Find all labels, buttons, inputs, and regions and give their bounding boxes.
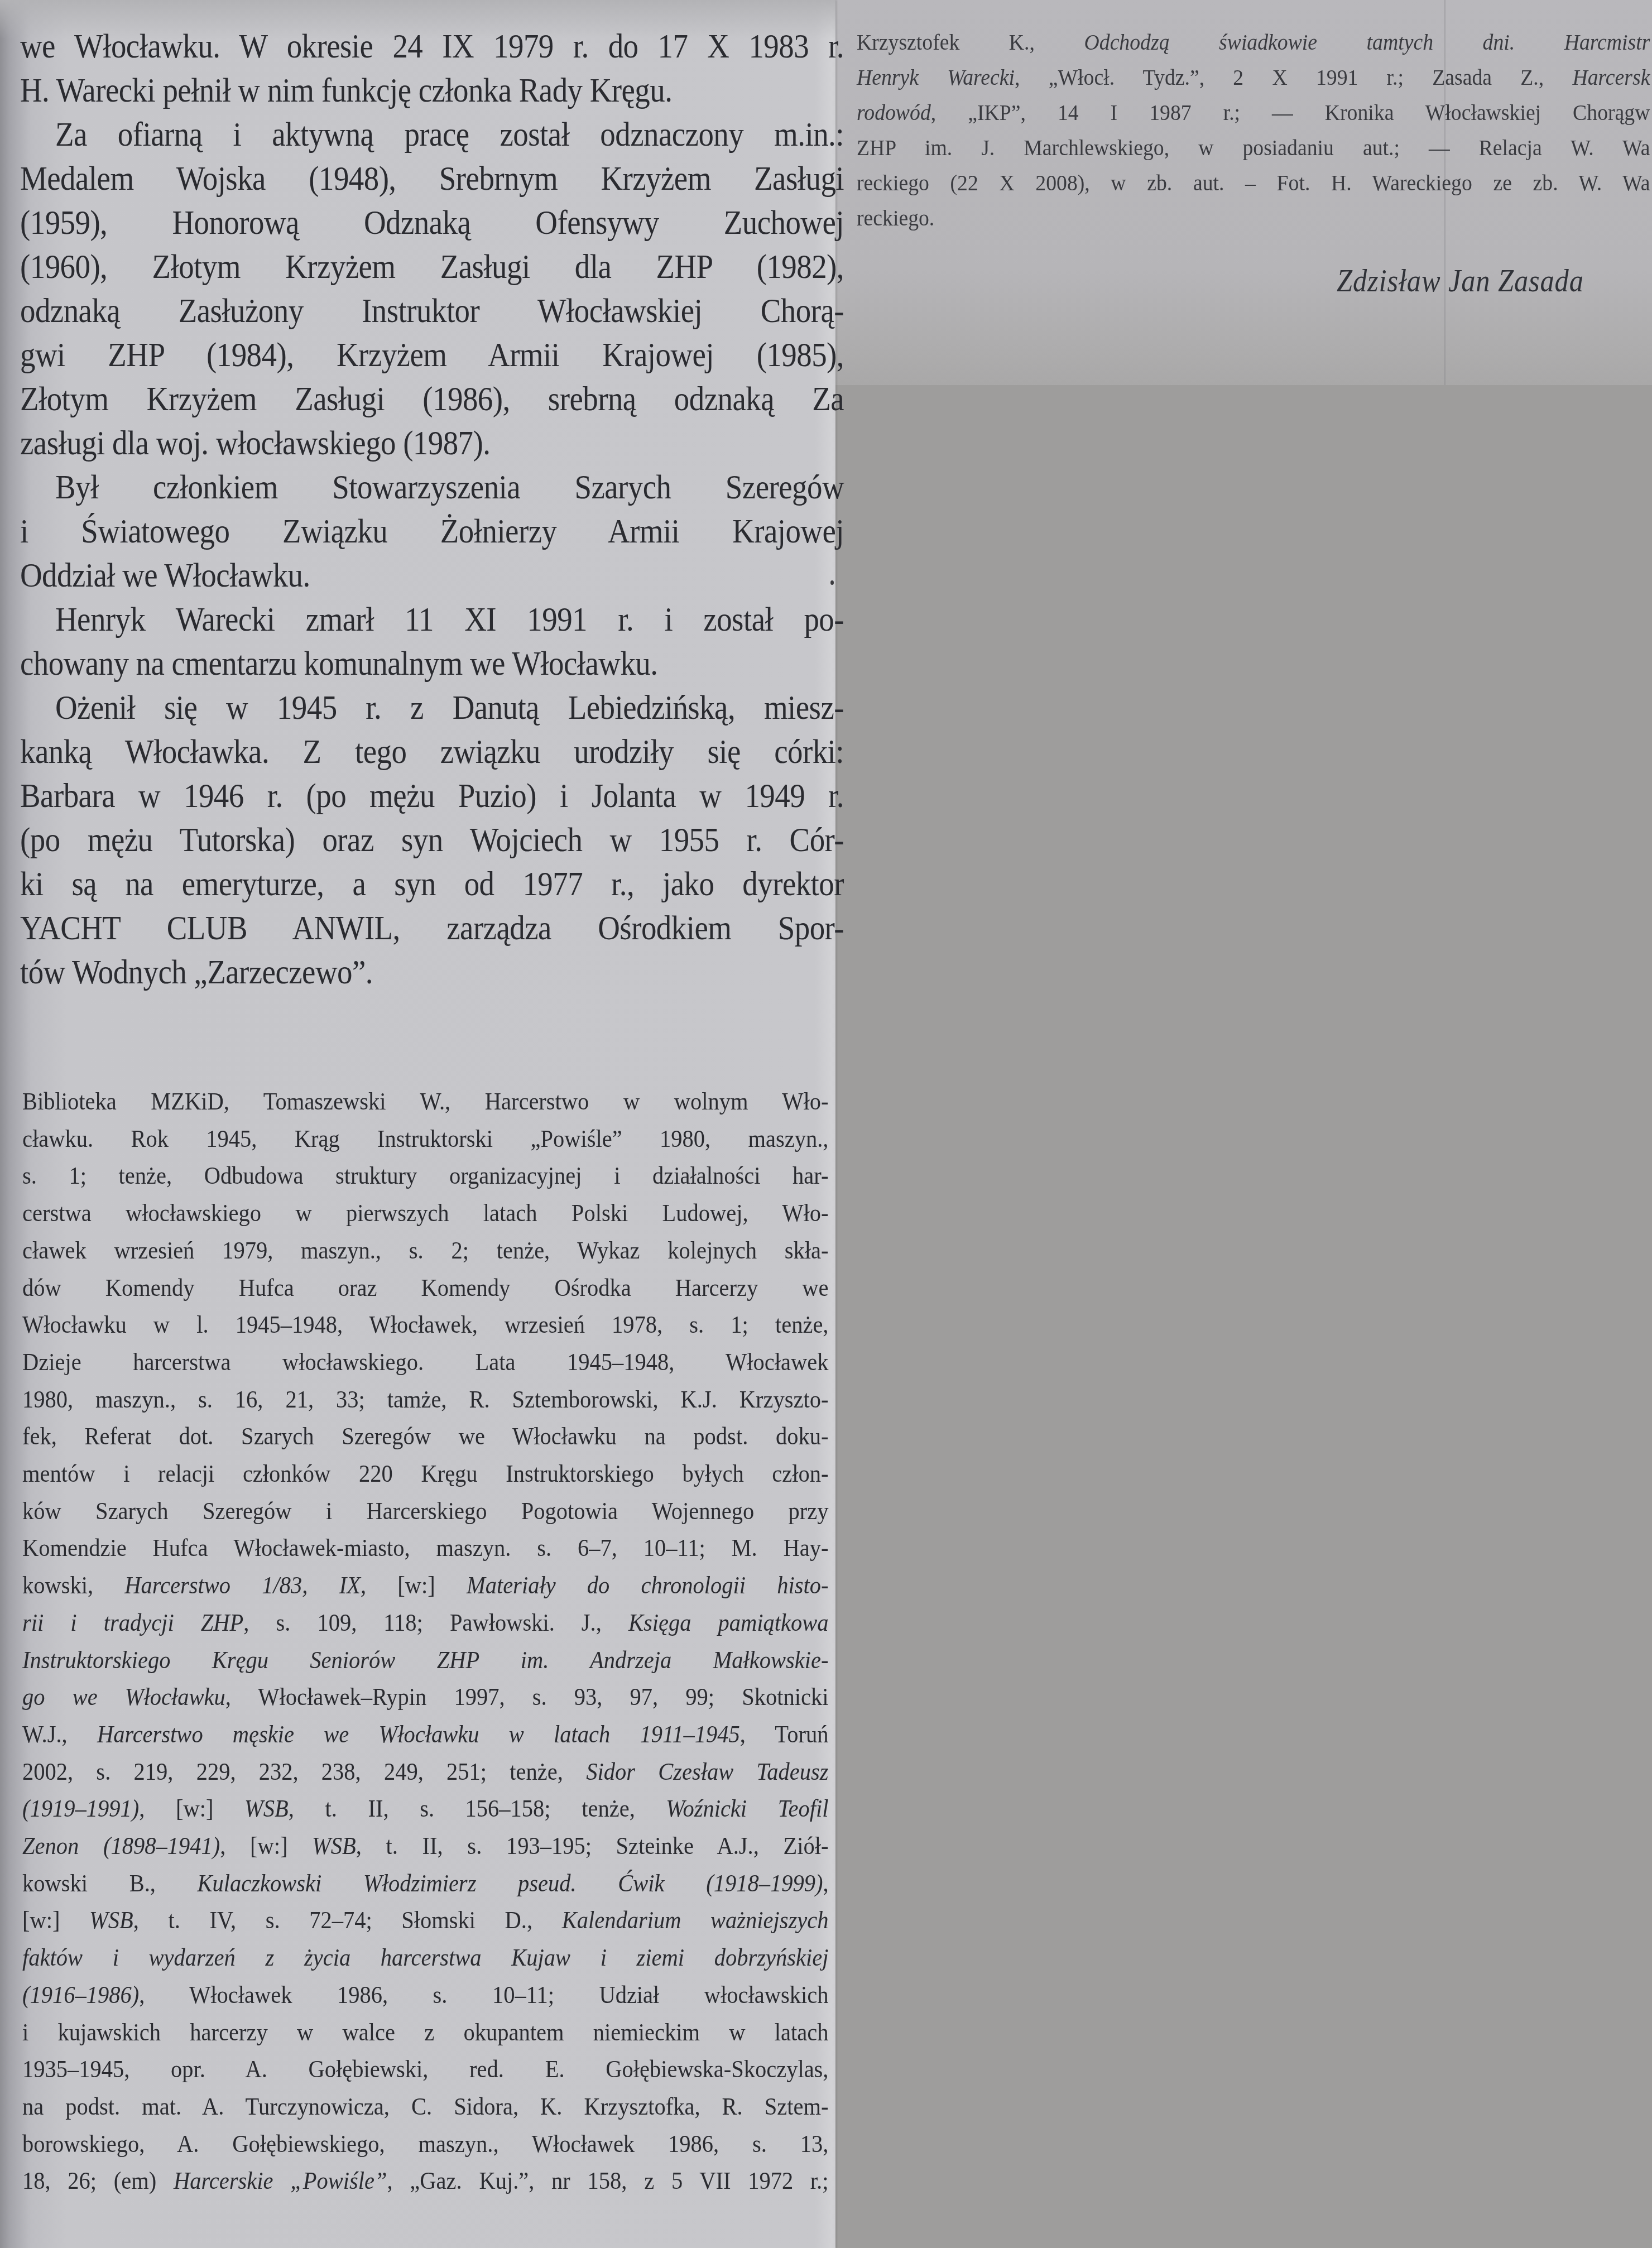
text-line: Zenon (1898–1941), [w:] WSB, t. II, s. 1…: [22, 1827, 829, 1865]
text-line: cerstwa włocławskiego w pierwszych latac…: [22, 1194, 829, 1232]
text-line: 2002, s. 219, 229, 232, 238, 249, 251; t…: [22, 1753, 829, 1790]
text-line: YACHT CLUB ANWIL, zarządza Ośrodkiem Spo…: [20, 906, 844, 950]
text-line: ZHP im. J. Marchlewskiego, w posiadaniu …: [857, 130, 1650, 165]
text-line: 1935–1945, opr. A. Gołębiewski, red. E. …: [22, 2050, 829, 2088]
text-line: Ożenił się w 1945 r. z Danutą Lebiedzińs…: [20, 686, 844, 730]
left-paper-strip: we Włocławku. W okresie 24 IX 1979 r. do…: [0, 0, 835, 2248]
text-line: rodowód, „IKP”, 14 I 1987 r.; — Kronika …: [857, 95, 1650, 130]
text-line: 1980, maszyn., s. 16, 21, 33; tamże, R. …: [22, 1381, 829, 1418]
text-line: (1919–1991), [w:] WSB, t. II, s. 156–158…: [22, 1790, 829, 1827]
text-line: H. Warecki pełnił w nim funkcję członka …: [20, 69, 844, 113]
text-line: go we Włocławku, Włocławek–Rypin 1997, s…: [22, 1678, 829, 1716]
text-line: reckiego (22 X 2008), w zb. aut. – Fot. …: [857, 165, 1650, 200]
text-line: Medalem Wojska (1948), Srebrnym Krzyżem …: [20, 157, 844, 201]
author-signature: Zdzisław Jan Zasada: [1337, 263, 1584, 299]
bibliography: Biblioteka MZKiD, Tomaszewski W., Harcer…: [22, 1083, 826, 2199]
text-line: rii i tradycji ZHP, s. 109, 118; Pawłows…: [22, 1604, 829, 1641]
text-line: Komendzie Hufca Włocławek-miasto, maszyn…: [22, 1529, 829, 1567]
text-line: Dzieje harcerstwa włocławskiego. Lata 19…: [22, 1343, 829, 1381]
text-line: i Światowego Związku Żołnierzy Armii Kra…: [20, 510, 844, 554]
text-line: cławku. Rok 1945, Krąg Instruktorski „Po…: [22, 1120, 829, 1157]
print-speck: [830, 580, 834, 585]
text-line: kowski, Harcerstwo 1/83, IX, [w:] Materi…: [22, 1567, 829, 1604]
text-line: (1916–1986), Włocławek 1986, s. 10–11; U…: [22, 1976, 829, 2014]
text-line: ków Szarych Szeregów i Harcerskiego Pogo…: [22, 1492, 829, 1530]
text-line: Barbara w 1946 r. (po mężu Puzio) i Jola…: [20, 774, 844, 818]
text-line: [w:] WSB, t. IV, s. 72–74; Słomski D., K…: [22, 1901, 829, 1939]
text-line: gwi ZHP (1984), Krzyżem Armii Krajowej (…: [20, 333, 844, 377]
text-line: (po mężu Tutorska) oraz syn Wojciech w 1…: [20, 818, 844, 862]
text-line: Krzysztofek K., Odchodzą świadkowie tamt…: [857, 25, 1650, 60]
right-column-sources: Krzysztofek K., Odchodzą świadkowie tamt…: [857, 25, 1648, 236]
text-line: Instruktorskiego Kręgu Seniorów ZHP im. …: [22, 1641, 829, 1679]
text-line: (1960), Złotym Krzyżem Zasługi dla ZHP (…: [20, 245, 844, 289]
text-line: kanką Włocławka. Z tego związku urodziły…: [20, 730, 844, 774]
text-line: Biblioteka MZKiD, Tomaszewski W., Harcer…: [22, 1083, 829, 1120]
text-line: W.J., Harcerstwo męskie we Włocławku w l…: [22, 1716, 829, 1753]
text-line: s. 1; tenże, Odbudowa struktury organiza…: [22, 1157, 829, 1194]
text-line: i kujawskich harcerzy w walce z okupante…: [22, 2014, 829, 2051]
text-line: chowany na cmentarzu komunalnym we Włocł…: [20, 642, 844, 686]
text-line: Włocławku w l. 1945–1948, Włocławek, wrz…: [22, 1306, 829, 1343]
text-line: tów Wodnych „Zarzeczewo”.: [20, 950, 844, 995]
text-line: zasługi dla woj. włocławskiego (1987).: [20, 421, 844, 465]
text-line: 18, 26; (em) Harcerskie „Powiśle”, „Gaz.…: [22, 2162, 829, 2199]
text-line: Oddział we Włocławku.: [20, 554, 844, 598]
text-line: odznaką Zasłużony Instruktor Włocławskie…: [20, 289, 844, 333]
text-line: Henryk Warecki zmarł 11 XI 1991 r. i zos…: [20, 598, 844, 642]
text-line: Za ofiarną i aktywną pracę został odznac…: [20, 113, 844, 157]
text-line: na podst. mat. A. Turczynowicza, C. Sido…: [22, 2088, 829, 2125]
text-line: borowskiego, A. Gołębiewskiego, maszyn.,…: [22, 2125, 829, 2163]
text-line: faktów i wydarzeń z życia harcerstwa Kuj…: [22, 1939, 829, 1976]
text-line: fek, Referat dot. Szarych Szeregów we Wł…: [22, 1418, 829, 1455]
text-line: (1959), Honorową Odznaką Ofensywy Zuchow…: [20, 201, 844, 245]
text-line: we Włocławku. W okresie 24 IX 1979 r. do…: [20, 25, 844, 69]
text-line: kowski B., Kulaczkowski Włodzimierz pseu…: [22, 1865, 829, 1902]
text-line: Henryk Warecki, „Włocł. Tydz.”, 2 X 1991…: [857, 60, 1650, 95]
text-line: Był członkiem Stowarzyszenia Szarych Sze…: [20, 465, 844, 510]
text-line: Złotym Krzyżem Zasługi (1986), srebrną o…: [20, 377, 844, 421]
text-line: ki są na emeryturze, a syn od 1977 r., j…: [20, 862, 844, 906]
text-line: dów Komendy Hufca oraz Komendy Ośrodka H…: [22, 1269, 829, 1306]
biography-text: we Włocławku. W okresie 24 IX 1979 r. do…: [20, 25, 824, 995]
text-line: cławek wrzesień 1979, maszyn., s. 2; ten…: [22, 1232, 829, 1269]
text-line: mentów i relacji członków 220 Kręgu Inst…: [22, 1455, 829, 1492]
text-line: reckiego.: [857, 200, 1650, 236]
